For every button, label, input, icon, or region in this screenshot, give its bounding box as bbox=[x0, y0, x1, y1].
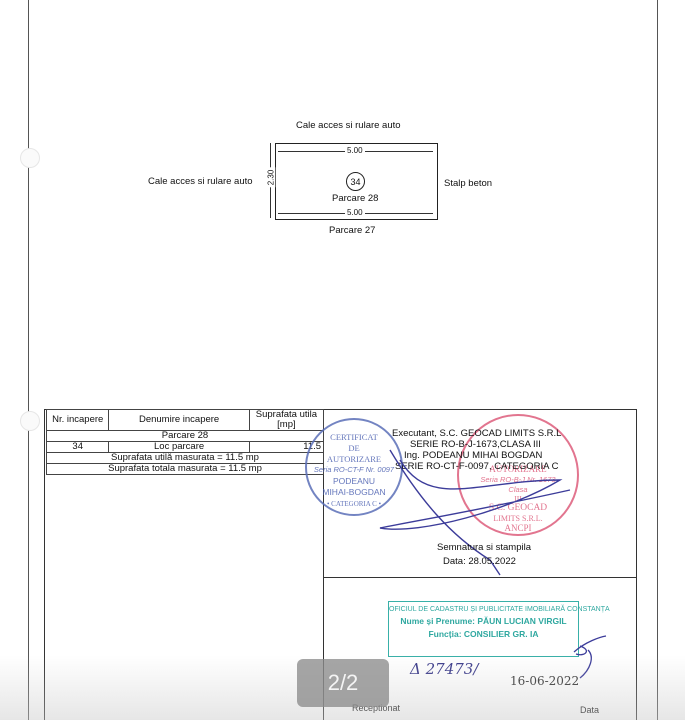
reception-date-handwritten: 16-06-2022 bbox=[510, 674, 579, 688]
punch-hole bbox=[20, 148, 40, 168]
executant-date: Data: 28.05.2022 bbox=[443, 556, 516, 567]
plan-top-label: Cale acces si rulare auto bbox=[296, 120, 401, 131]
stamp-text: DE bbox=[348, 443, 359, 453]
room-number-circle: 34 bbox=[346, 172, 365, 191]
rooms-table: Nr. incapere Denumire incapere Suprafata… bbox=[46, 409, 324, 475]
page-border-left bbox=[28, 0, 29, 720]
ocpi-name: Nume și Prenume: PĂUN LUCIAN VIRGIL bbox=[389, 616, 578, 626]
plan-bottom-label: Parcare 27 bbox=[329, 225, 375, 236]
executant-line-1: Executant, S.C. GEOCAD LIMITS S.R.L bbox=[392, 428, 561, 439]
useful-area-summary: Suprafata utilă masurata = 11.5 mp bbox=[47, 453, 324, 464]
total-area-summary: Suprafata totala masurata = 11.5 mp bbox=[47, 464, 324, 475]
ocpi-office: OFICIUL DE CADASTRU ȘI PUBLICITATE IMOBI… bbox=[389, 606, 578, 613]
punch-hole bbox=[20, 411, 40, 431]
ocpi-reception-stamp: OFICIUL DE CADASTRU ȘI PUBLICITATE IMOBI… bbox=[388, 601, 579, 657]
frame-right bbox=[636, 409, 637, 720]
cell-room-number: 34 bbox=[47, 442, 109, 453]
frame-left bbox=[44, 409, 45, 720]
plan-left-label: Cale acces si rulare auto bbox=[148, 176, 253, 187]
page-border-right bbox=[657, 0, 658, 720]
header-room-name: Denumire incapere bbox=[109, 410, 249, 431]
table-row: 34 Loc parcare 11.5 bbox=[47, 442, 324, 453]
plan-right-label: Stalp beton bbox=[444, 178, 492, 189]
group-title: Parcare 28 bbox=[47, 431, 324, 442]
height-dimension: 2.30 bbox=[266, 168, 275, 188]
width-dimension-bottom: 5.00 bbox=[345, 208, 365, 217]
date-label: Data bbox=[580, 705, 599, 715]
width-dimension-top: 5.00 bbox=[345, 146, 365, 155]
registration-number: Δ 27473/ bbox=[410, 660, 478, 678]
header-useful-area: Suprafata utila [mp] bbox=[249, 410, 323, 431]
page-indicator: 2/2 bbox=[297, 659, 389, 707]
ocpi-function: Funcția: CONSILIER GR. IA bbox=[389, 629, 578, 639]
cell-room-name: Loc parcare bbox=[109, 442, 249, 453]
room-name-label: Parcare 28 bbox=[332, 193, 378, 204]
header-room-number: Nr. incapere bbox=[47, 410, 109, 431]
signature-label: Semnatura si stampila bbox=[437, 542, 531, 553]
